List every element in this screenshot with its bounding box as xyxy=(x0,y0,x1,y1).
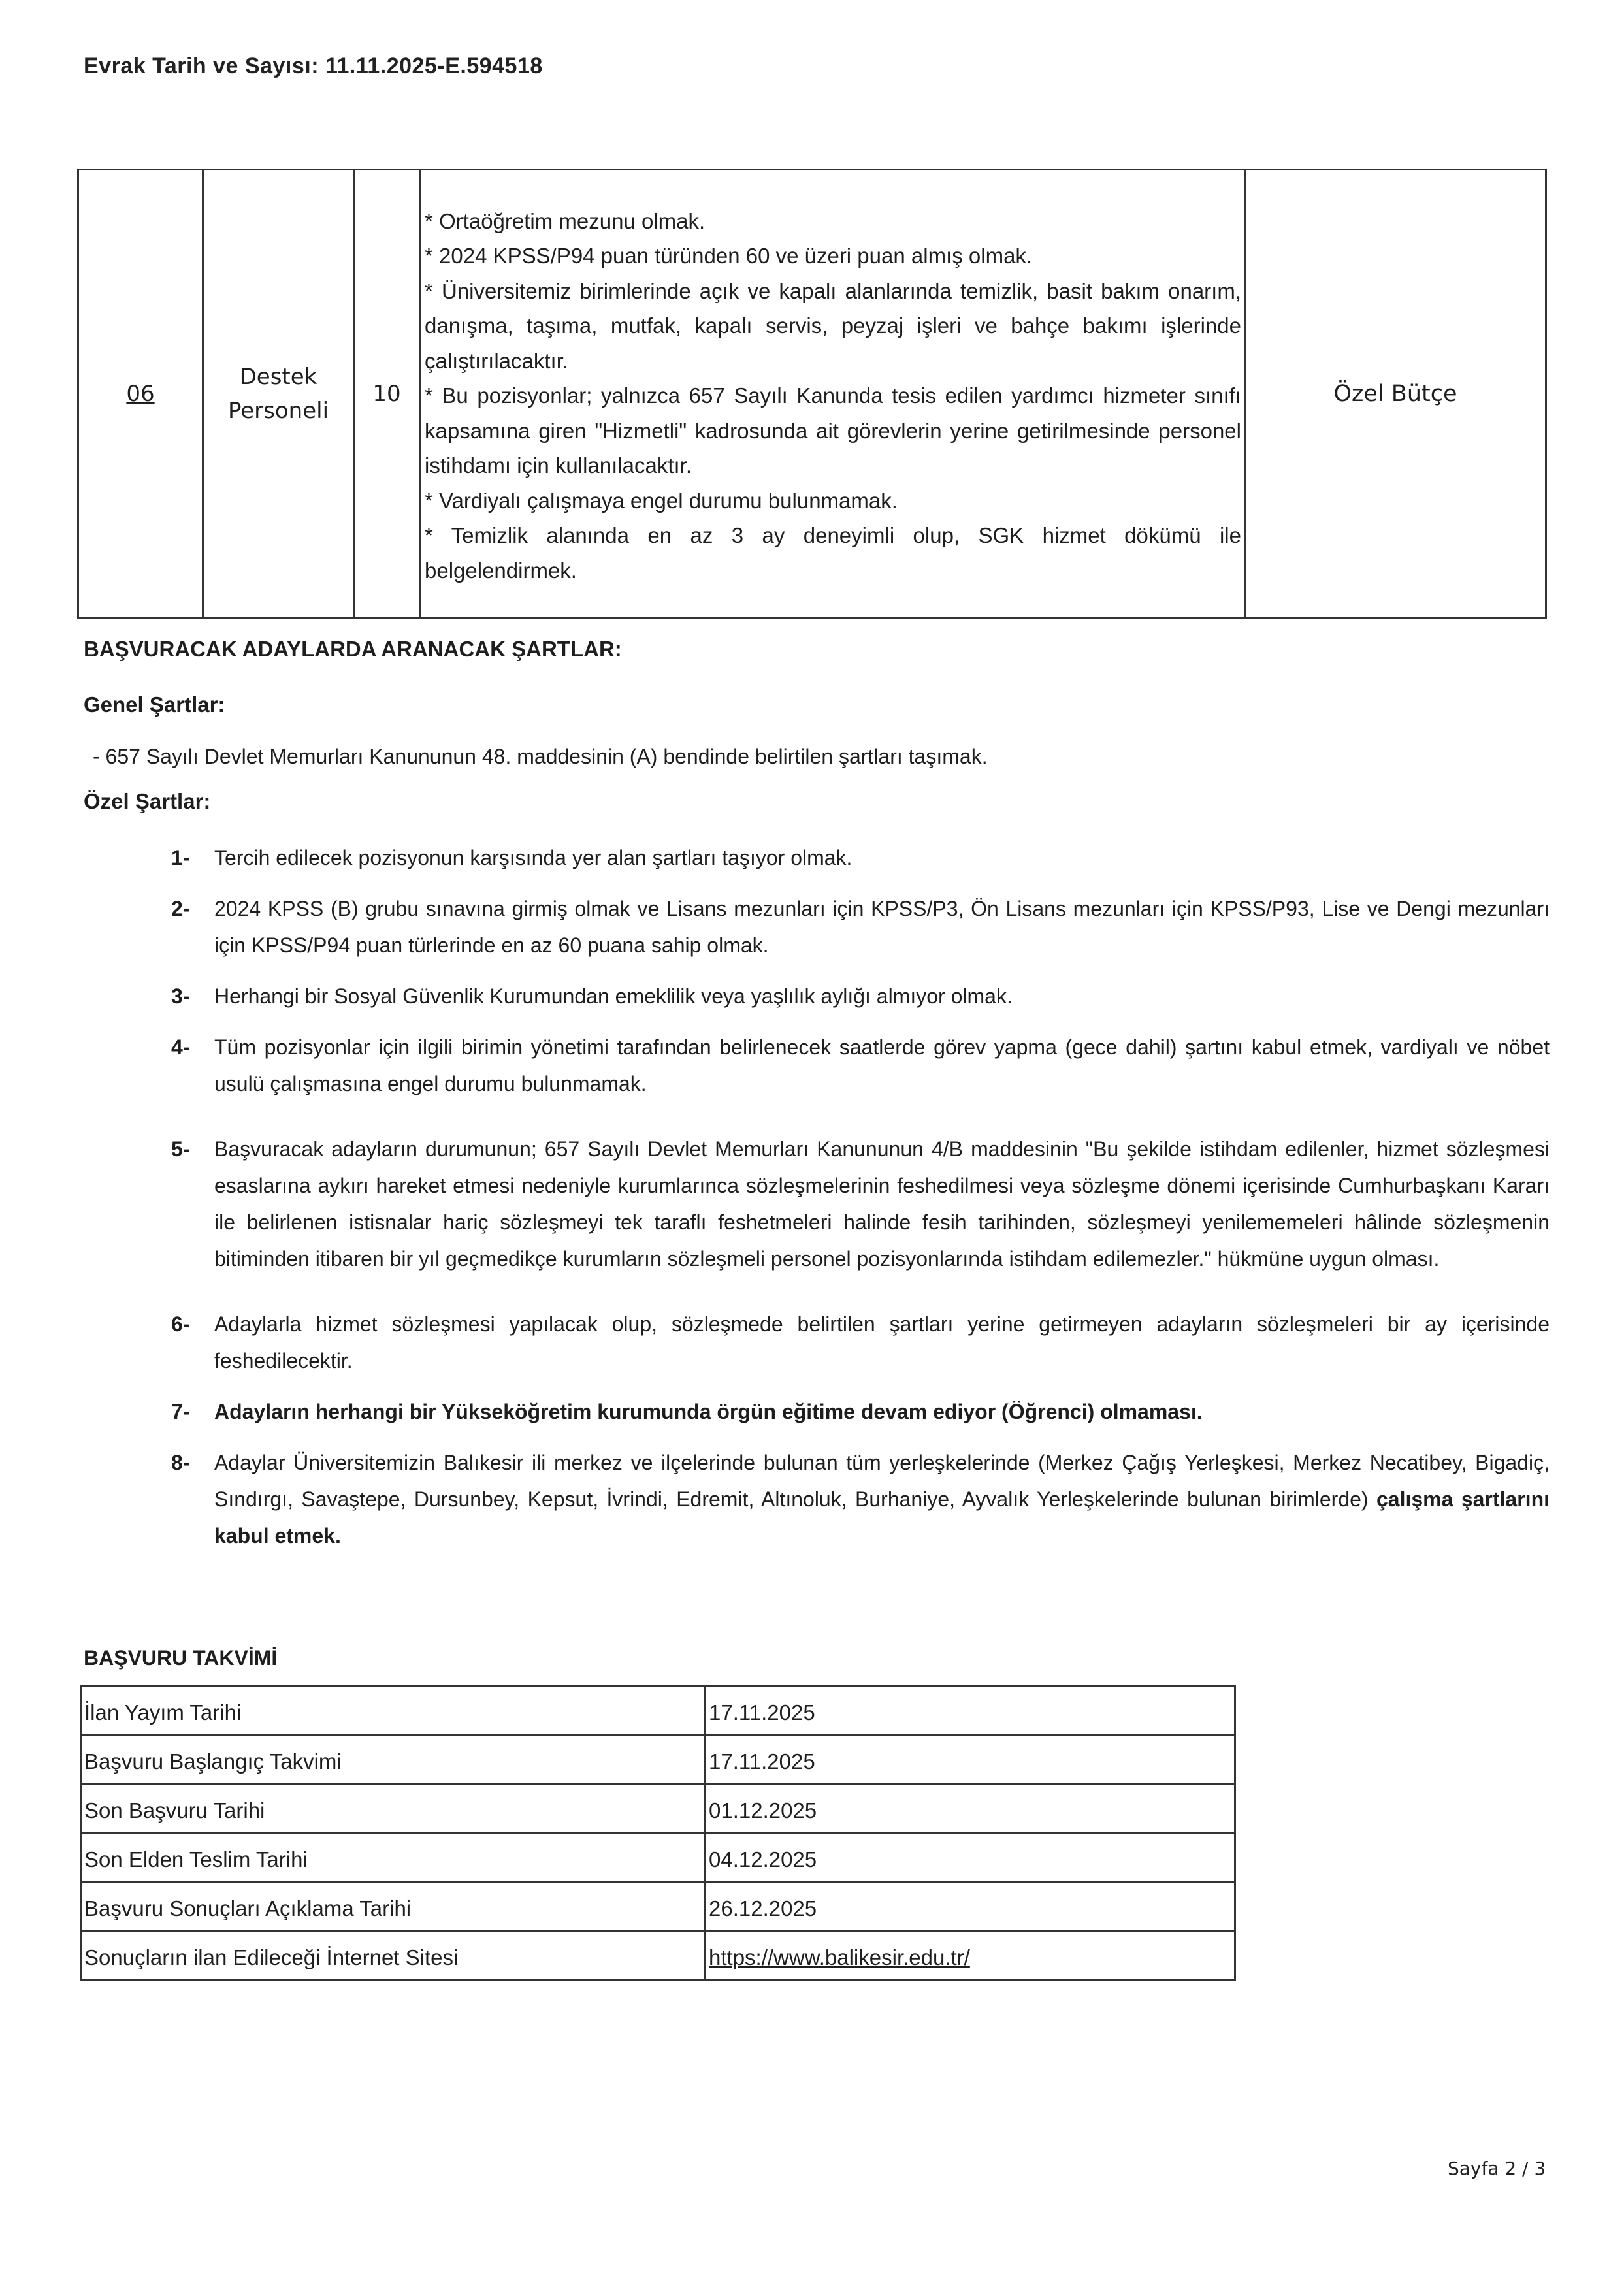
table-row: Başvuru Başlangıç Takvimi 17.11.2025 xyxy=(81,1736,1235,1785)
requirement-item: * Üniversitemiz birimlerinde açık ve kap… xyxy=(425,274,1241,379)
position-title-line2: Personeli xyxy=(204,394,353,428)
special-condition-item: 7- Adayların herhangi bir Yükseköğretim … xyxy=(171,1393,1550,1430)
requirement-item: * Vardiyalı çalışmaya engel durumu bulun… xyxy=(425,483,1241,519)
item-number: 3- xyxy=(171,978,214,1014)
calendar-label: Sonuçların ilan Edileceği İnternet Sites… xyxy=(81,1932,706,1981)
special-conditions-list: 1- Tercih edilecek pozisyonun karşısında… xyxy=(171,839,1550,1568)
calendar-heading: BAŞVURU TAKVİMİ xyxy=(84,1646,277,1670)
special-condition-item: 4- Tüm pozisyonlar için ilgili birimin y… xyxy=(171,1029,1550,1102)
item-number: 4- xyxy=(171,1029,214,1102)
requirement-item: * Bu pozisyonlar; yalnızca 657 Sayılı Ka… xyxy=(425,378,1241,483)
table-row: 06 Destek Personeli 10 * Ortaöğretim mez… xyxy=(78,170,1546,619)
position-number-cell: 06 xyxy=(78,170,203,619)
special-condition-item: 3- Herhangi bir Sosyal Güvenlik Kurumund… xyxy=(171,978,1550,1014)
position-count: 10 xyxy=(354,170,420,619)
calendar-value: 26.12.2025 xyxy=(706,1883,1235,1932)
item-number: 8- xyxy=(171,1444,214,1554)
table-row: Son Başvuru Tarihi 01.12.2025 xyxy=(81,1785,1235,1834)
general-conditions-heading: Genel Şartlar: xyxy=(84,692,225,717)
requirement-item: * Temizlik alanında en az 3 ay deneyimli… xyxy=(425,518,1241,588)
special-conditions-heading: Özel Şartlar: xyxy=(84,789,210,814)
special-condition-item: 2- 2024 KPSS (B) grubu sınavına girmiş o… xyxy=(171,890,1550,964)
special-condition-item: 6- Adaylarla hizmet sözleşmesi yapılacak… xyxy=(171,1306,1550,1379)
website-cell: https://www.balikesir.edu.tr/ xyxy=(706,1932,1235,1981)
website-link[interactable]: https://www.balikesir.edu.tr/ xyxy=(709,1945,970,1969)
document-header: Evrak Tarih ve Sayısı: 11.11.2025-E.5945… xyxy=(84,54,543,79)
item-number: 6- xyxy=(171,1306,214,1379)
calendar-label: Başvuru Sonuçları Açıklama Tarihi xyxy=(81,1883,706,1932)
item-text: Tercih edilecek pozisyonun karşısında ye… xyxy=(214,839,1550,876)
calendar-value: 01.12.2025 xyxy=(706,1785,1235,1834)
application-calendar-table: İlan Yayım Tarihi 17.11.2025 Başvuru Baş… xyxy=(80,1685,1236,1981)
special-condition-item: 5- Başvuracak adayların durumunun; 657 S… xyxy=(171,1131,1550,1277)
calendar-value: 17.11.2025 xyxy=(706,1736,1235,1785)
position-table: 06 Destek Personeli 10 * Ortaöğretim mez… xyxy=(77,169,1547,619)
calendar-value: 17.11.2025 xyxy=(706,1687,1235,1736)
item-text: Herhangi bir Sosyal Güvenlik Kurumundan … xyxy=(214,978,1550,1014)
table-row: İlan Yayım Tarihi 17.11.2025 xyxy=(81,1687,1235,1736)
general-condition-item: - 657 Sayılı Devlet Memurları Kanununun … xyxy=(93,745,988,769)
position-requirements: * Ortaöğretim mezunu olmak. * 2024 KPSS/… xyxy=(420,170,1245,619)
position-title-line1: Destek xyxy=(204,360,353,394)
conditions-heading: BAŞVURACAK ADAYLARDA ARANACAK ŞARTLAR: xyxy=(84,637,622,662)
item-text: Adaylarla hizmet sözleşmesi yapılacak ol… xyxy=(214,1306,1550,1379)
item-text: Başvuracak adayların durumunun; 657 Sayı… xyxy=(214,1131,1550,1277)
item-text: 2024 KPSS (B) grubu sınavına girmiş olma… xyxy=(214,890,1550,964)
item-text: Tüm pozisyonlar için ilgili birimin yöne… xyxy=(214,1029,1550,1102)
table-row: Başvuru Sonuçları Açıklama Tarihi 26.12.… xyxy=(81,1883,1235,1932)
calendar-label: Başvuru Başlangıç Takvimi xyxy=(81,1736,706,1785)
item-number: 7- xyxy=(171,1393,214,1430)
item-number: 1- xyxy=(171,839,214,876)
item-text-wrap: Adaylar Üniversitemizin Balıkesir ili me… xyxy=(214,1444,1550,1554)
table-row: Sonuçların ilan Edileceği İnternet Sites… xyxy=(81,1932,1235,1981)
budget-type: Özel Bütçe xyxy=(1245,170,1546,619)
calendar-label: Son Elden Teslim Tarihi xyxy=(81,1834,706,1883)
table-row: Son Elden Teslim Tarihi 04.12.2025 xyxy=(81,1834,1235,1883)
item-text: Adayların herhangi bir Yükseköğretim kur… xyxy=(214,1393,1550,1430)
calendar-label: İlan Yayım Tarihi xyxy=(81,1687,706,1736)
requirement-item: * Ortaöğretim mezunu olmak. xyxy=(425,204,1241,239)
special-condition-item: 8- Adaylar Üniversitemizin Balıkesir ili… xyxy=(171,1444,1550,1554)
item-text: Adaylar Üniversitemizin Balıkesir ili me… xyxy=(214,1451,1550,1511)
page-number: Sayfa 2 / 3 xyxy=(1448,2158,1546,2179)
calendar-label: Son Başvuru Tarihi xyxy=(81,1785,706,1834)
item-number: 5- xyxy=(171,1131,214,1277)
special-condition-item: 1- Tercih edilecek pozisyonun karşısında… xyxy=(171,839,1550,876)
item-number: 2- xyxy=(171,890,214,964)
position-title-cell: Destek Personeli xyxy=(203,170,354,619)
position-number: 06 xyxy=(126,381,154,407)
calendar-value: 04.12.2025 xyxy=(706,1834,1235,1883)
requirement-item: * 2024 KPSS/P94 puan türünden 60 ve üzer… xyxy=(425,238,1241,274)
